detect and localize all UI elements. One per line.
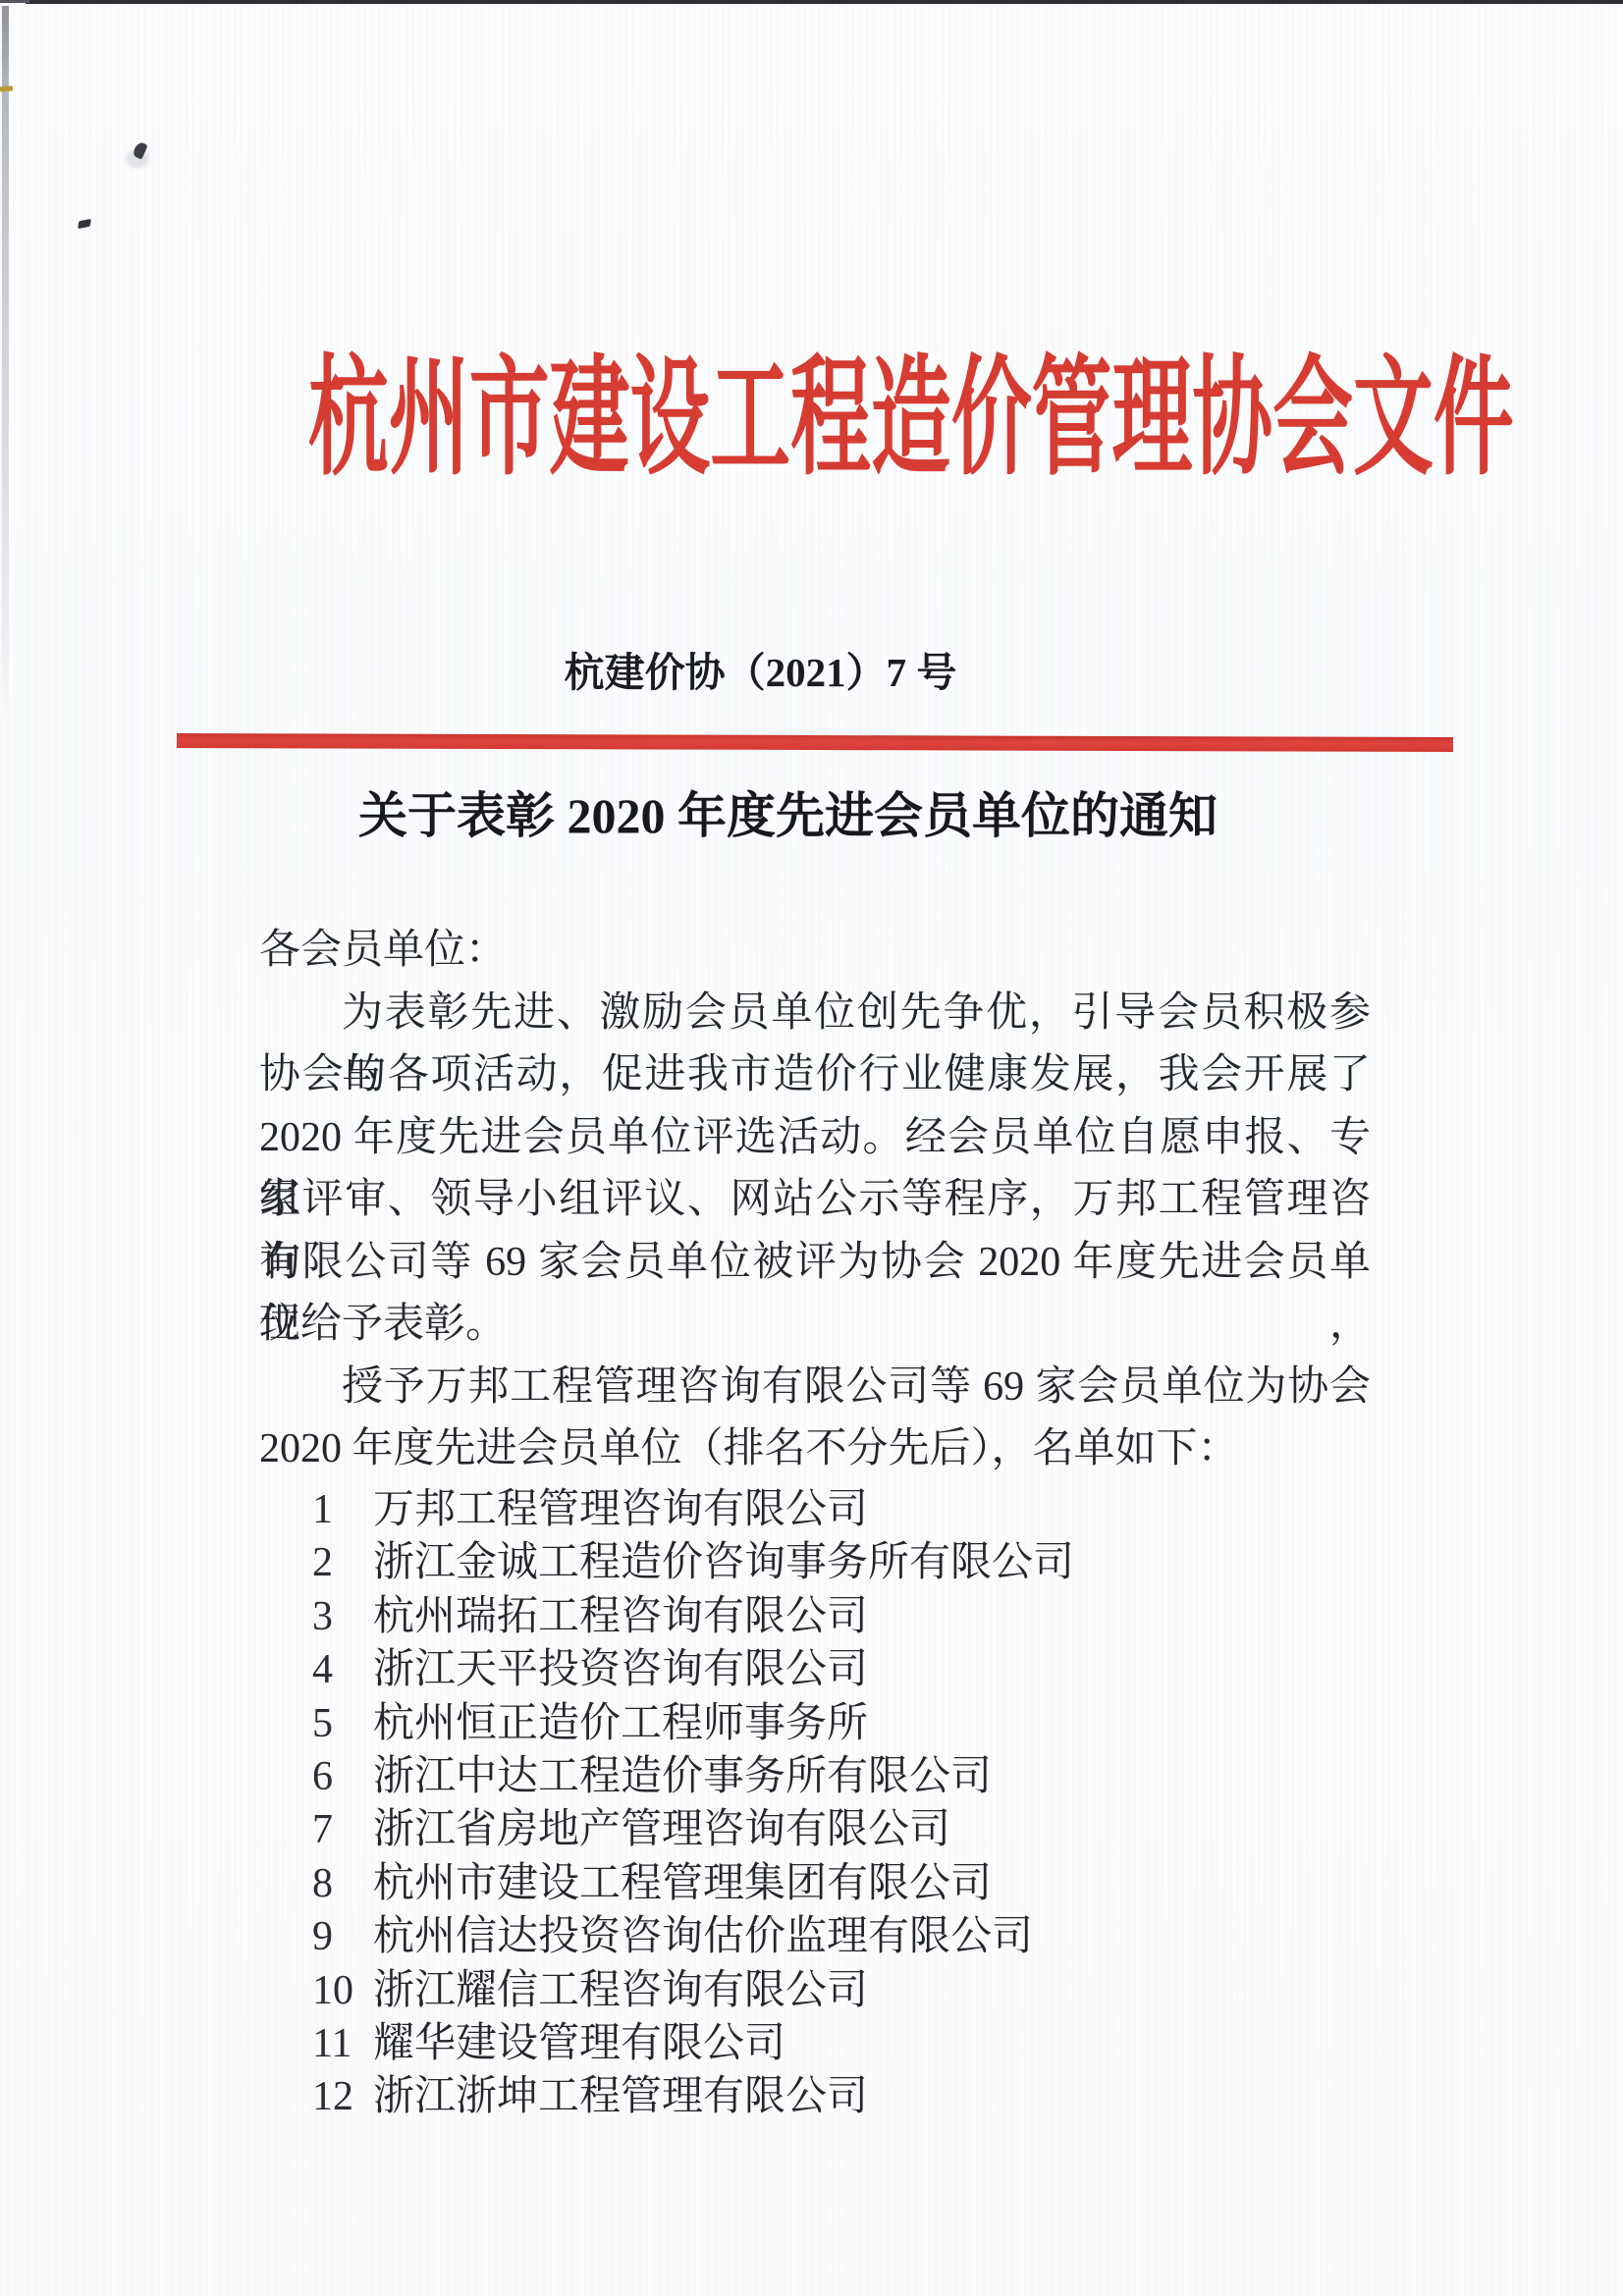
- list-item: 7浙江省房地产管理咨询有限公司: [259, 1803, 1371, 1856]
- list-item-number: 8: [312, 1857, 373, 1910]
- body-line: 为表彰先进、激励会员单位创先争优，引导会员积极参与: [259, 983, 1371, 1045]
- list-item: 10浙江耀信工程咨询有限公司: [259, 1964, 1371, 2017]
- list-item-number: 1: [312, 1483, 373, 1536]
- list-item: 1万邦工程管理咨询有限公司: [259, 1483, 1371, 1536]
- list-item-company: 杭州瑞拓工程咨询有限公司: [373, 1590, 868, 1643]
- list-item-number: 12: [312, 2070, 373, 2123]
- notice-title: 关于表彰 2020 年度先进会员单位的通知: [0, 787, 1599, 844]
- list-item-company: 杭州恒正造价工程师事务所: [373, 1697, 868, 1750]
- salutation-line: 各会员单位：: [259, 920, 1371, 983]
- list-item: 2浙江金诚工程造价咨询事务所有限公司: [259, 1536, 1371, 1589]
- document-number: 杭建价协（2021）7 号: [0, 648, 1572, 697]
- list-item-company: 万邦工程管理咨询有限公司: [373, 1483, 868, 1536]
- awarded-member-list: 1万邦工程管理咨询有限公司 2浙江金诚工程造价咨询事务所有限公司 3杭州瑞拓工程…: [259, 1483, 1371, 2124]
- scan-left-edge-strip: [2, 6, 9, 737]
- list-item-number: 6: [312, 1750, 373, 1803]
- body-line: 2020 年度先进会员单位（排名不分先后），名单如下：: [259, 1418, 1371, 1481]
- list-item-company: 浙江金诚工程造价咨询事务所有限公司: [373, 1536, 1074, 1589]
- body-line: 协会的各项活动，促进我市造价行业健康发展，我会开展了: [259, 1044, 1371, 1107]
- list-item-company: 浙江耀信工程咨询有限公司: [373, 1964, 868, 2017]
- list-item-company: 浙江中达工程造价事务所有限公司: [373, 1750, 992, 1803]
- body-line: 组评审、领导小组评议、网站公示等程序，万邦工程管理咨询: [259, 1169, 1371, 1232]
- letterhead-org-title: 杭州市建设工程造价管理协会文件: [308, 346, 1315, 493]
- list-item-number: 11: [312, 2017, 373, 2070]
- list-item-number: 3: [312, 1590, 373, 1643]
- list-item-company: 浙江天平投资咨询有限公司: [373, 1643, 868, 1696]
- scan-top-edge-line: [26, 0, 1623, 4]
- list-item: 6浙江中达工程造价事务所有限公司: [259, 1750, 1371, 1803]
- list-item-number: 4: [312, 1643, 373, 1696]
- list-item: 11耀华建设管理有限公司: [259, 2017, 1371, 2070]
- list-item: 5杭州恒正造价工程师事务所: [259, 1697, 1371, 1750]
- list-item: 8杭州市建设工程管理集团有限公司: [259, 1857, 1371, 1910]
- list-item-number: 2: [312, 1536, 373, 1589]
- list-item-company: 浙江省房地产管理咨询有限公司: [373, 1803, 950, 1856]
- list-item-company: 耀华建设管理有限公司: [373, 2017, 785, 2070]
- scan-ink-speck: [78, 219, 91, 229]
- list-item: 3杭州瑞拓工程咨询有限公司: [259, 1590, 1371, 1643]
- letterhead-red-rule: [177, 733, 1453, 752]
- list-item: 9杭州信达投资咨询估价监理有限公司: [259, 1910, 1371, 1963]
- list-item: 4浙江天平投资咨询有限公司: [259, 1643, 1371, 1696]
- body-line: 有限公司等 69 家会员单位被评为协会 2020 年度先进会员单位，: [259, 1232, 1371, 1295]
- list-item-number: 5: [312, 1697, 373, 1750]
- list-item-number: 9: [312, 1910, 373, 1963]
- body-text: 各会员单位： 为表彰先进、激励会员单位创先争优，引导会员积极参与 协会的各项活动…: [259, 920, 1371, 1481]
- list-item-number: 7: [312, 1803, 373, 1856]
- body-line: 2020 年度先进会员单位评选活动。经会员单位自愿申报、专家: [259, 1107, 1371, 1170]
- list-item: 12浙江浙坤工程管理有限公司: [259, 2070, 1371, 2123]
- list-item-company: 杭州市建设工程管理集团有限公司: [373, 1857, 992, 1910]
- list-item-company: 杭州信达投资咨询估价监理有限公司: [373, 1910, 1033, 1963]
- list-item-company: 浙江浙坤工程管理有限公司: [373, 2070, 868, 2123]
- body-line: 授予万邦工程管理咨询有限公司等 69 家会员单位为协会: [259, 1357, 1371, 1419]
- scan-yellow-mark: [0, 86, 13, 92]
- list-item-number: 10: [312, 1964, 373, 2017]
- scanned-document-page: 杭州市建设工程造价管理协会文件 杭建价协（2021）7 号 关于表彰 2020 …: [0, 0, 1623, 2296]
- scan-top-edge-line-left: [0, 0, 29, 3]
